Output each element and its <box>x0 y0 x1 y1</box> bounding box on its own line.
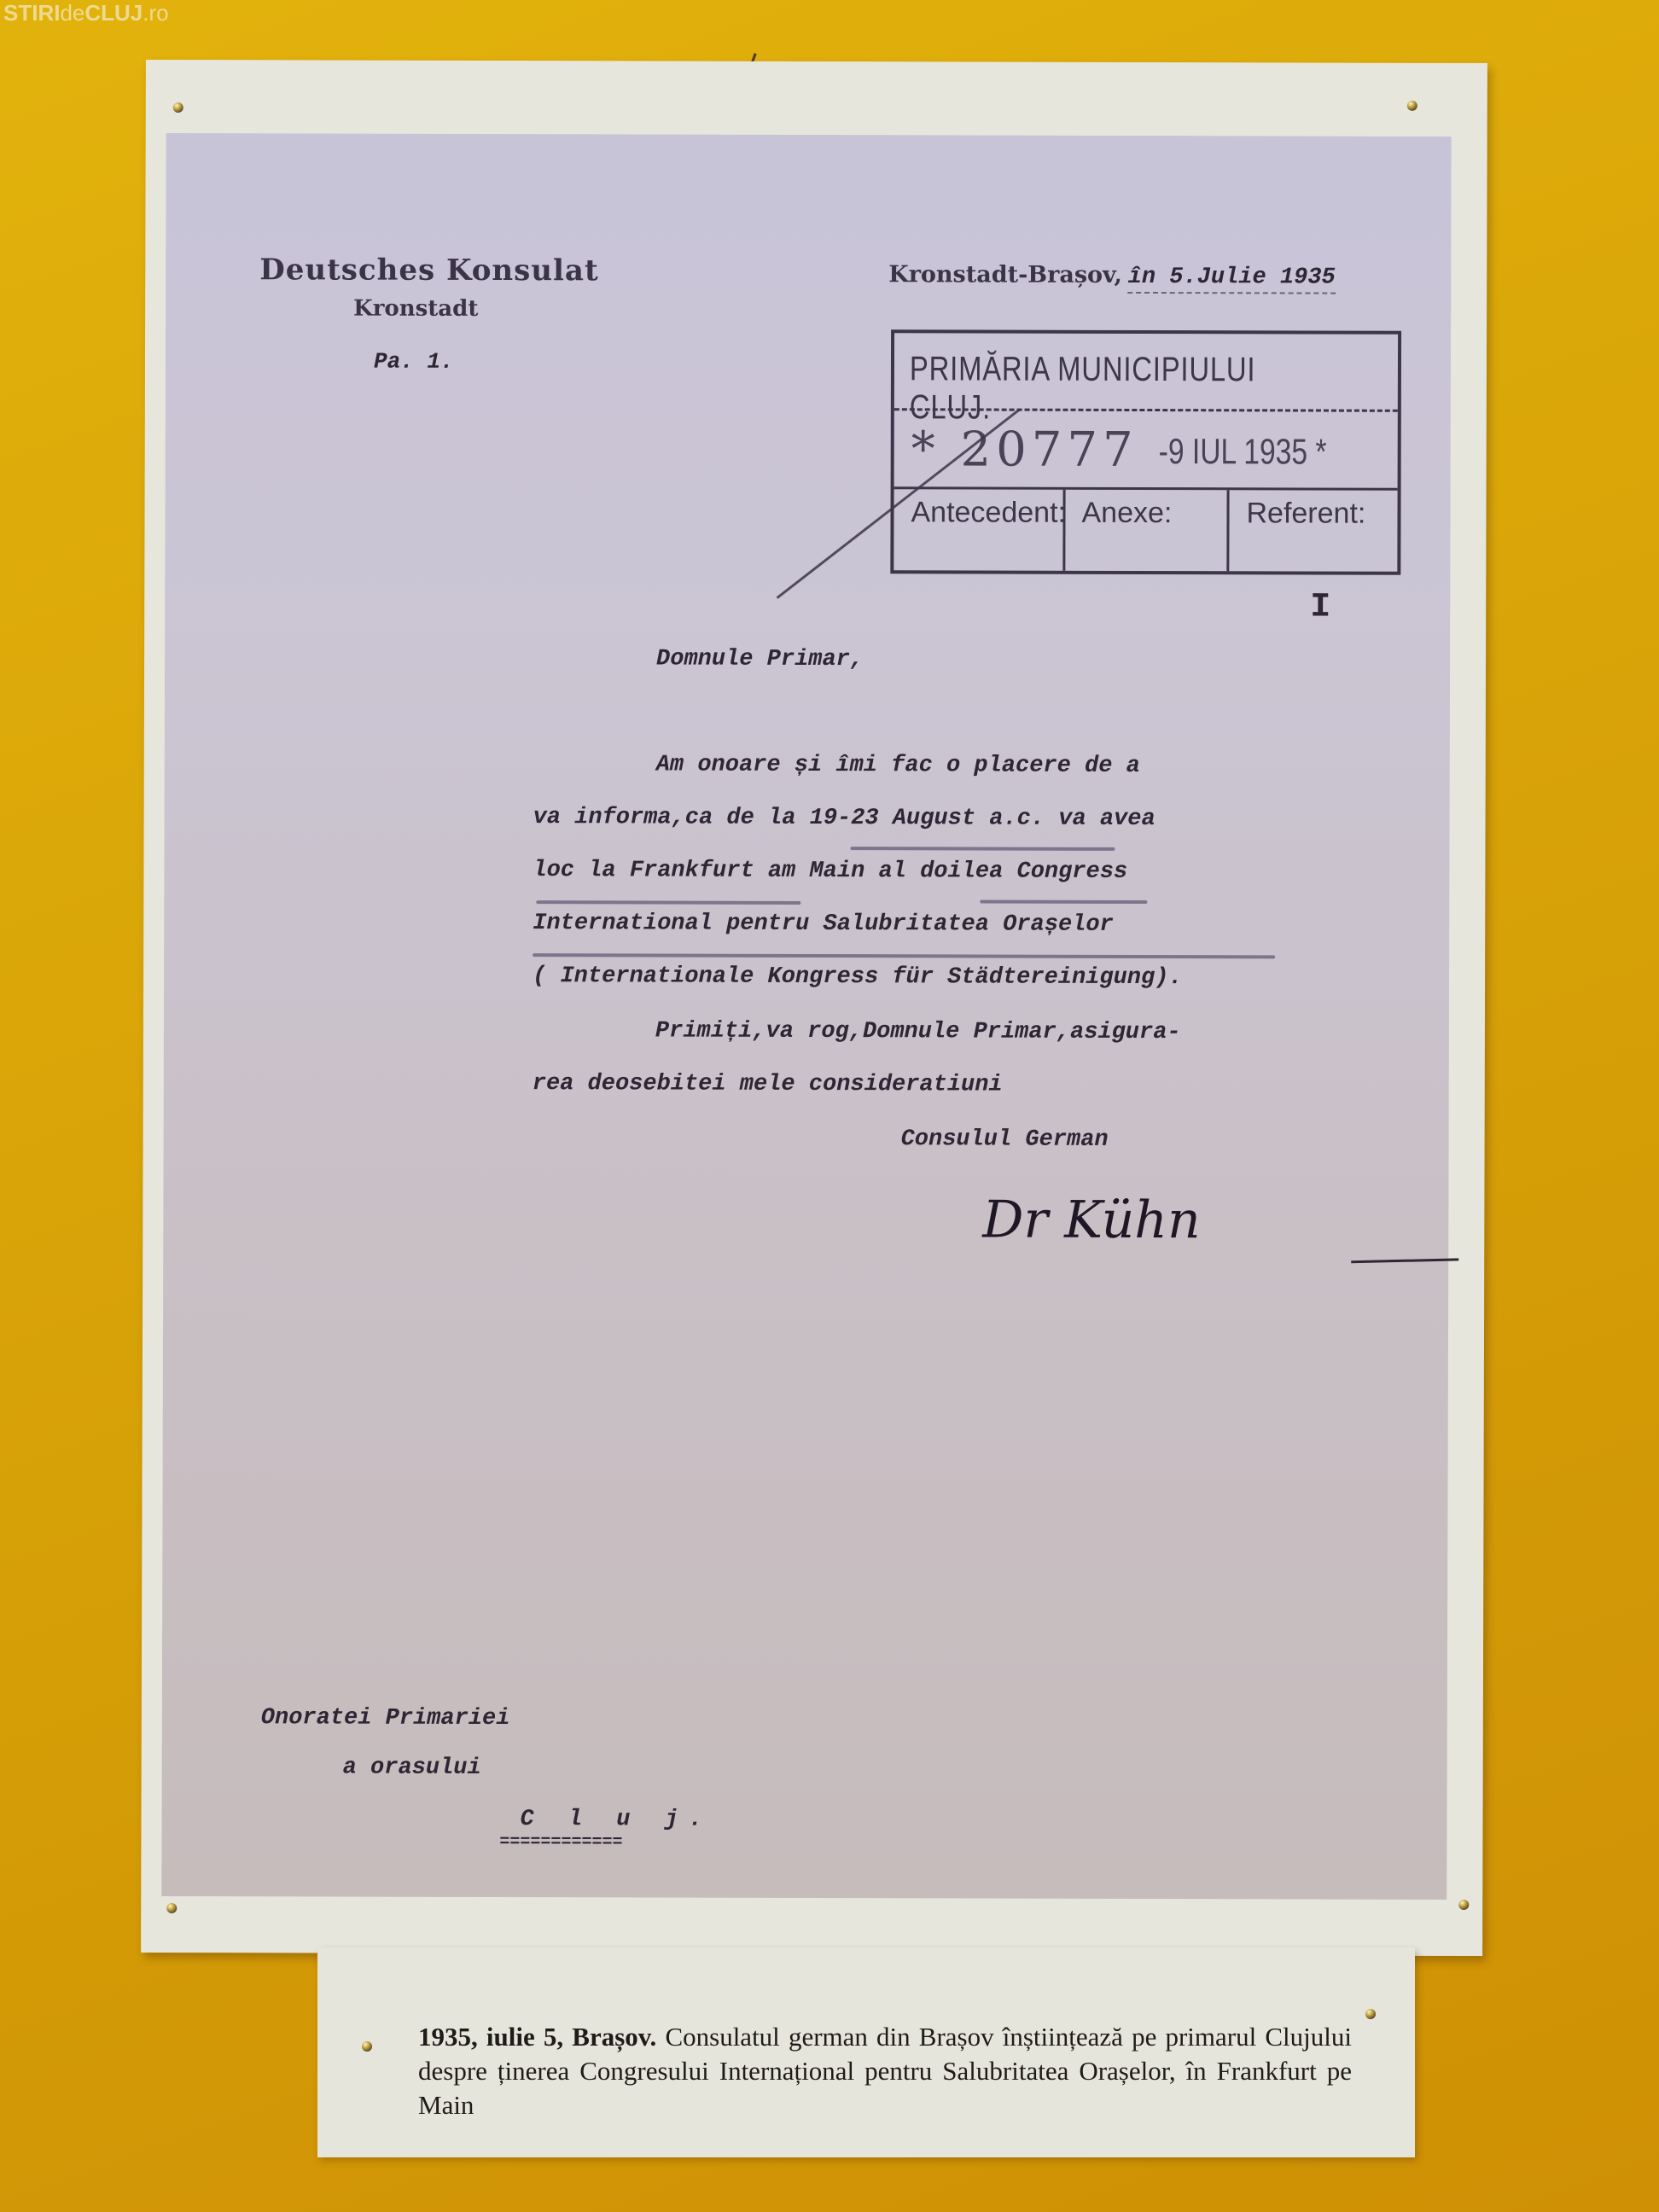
watermark-de: de <box>60 0 84 26</box>
pencil-underline <box>536 900 800 905</box>
caption-date-place: 1935, iulie 5, Brașov. <box>418 2022 656 2052</box>
body-line: International pentru Salubritatea Orașel… <box>533 911 1114 938</box>
stamp-field-referent: Referent: <box>1246 497 1365 530</box>
addressee-underline: ============ <box>499 1832 622 1852</box>
referent-mark: I <box>1310 589 1330 627</box>
stamp-field-antecedent: Antecedent: <box>911 496 1066 529</box>
body-line: ( Internationale Kongress für Städterein… <box>533 963 1183 991</box>
addressee-line: Onoratei Primariei <box>261 1705 510 1732</box>
letter-document: Deutsches Konsulat Kronstadt Pa. 1. Kron… <box>161 133 1451 1900</box>
salutation: Domnule Primar, <box>656 647 864 673</box>
body-line: Primiți,va rog,Domnule Primar,asigura- <box>655 1019 1181 1046</box>
addressee-line: a orasului <box>343 1755 481 1781</box>
pencil-underline <box>980 900 1147 905</box>
body-line: loc la Frankfurt am Main al doilea Congr… <box>533 858 1127 885</box>
body-line: Am onoare și îmi fac o placere de a <box>656 753 1140 779</box>
date: în 5.Julie 1935 <box>1128 265 1336 294</box>
site-watermark: STIRIdeCLUJ.ro <box>3 0 169 26</box>
pin-icon <box>362 2041 372 2052</box>
letter-reference: Pa. 1. <box>374 349 454 375</box>
margin-pen-line <box>1351 1258 1458 1263</box>
pin-icon <box>173 102 183 113</box>
watermark-ro: .ro <box>143 0 168 26</box>
body-line: rea deosebitei mele consideratiuni <box>533 1071 1003 1097</box>
pin-icon <box>1365 2009 1376 2019</box>
handwritten-signature: Dr Kühn <box>982 1190 1200 1251</box>
registration-stamp: PRIMĂRIA MUNICIPIULUI CLUJ. * 20777 -9 I… <box>890 329 1401 575</box>
stamp-registration-number: * 20777 <box>911 422 1138 478</box>
pencil-underline <box>533 953 1275 958</box>
watermark-cluj: CLUJ <box>84 0 143 26</box>
pin-icon <box>166 1903 177 1913</box>
body-line: va informa,ca de la 19-23 August a.c. va… <box>533 805 1155 832</box>
signature-title: Consulul German <box>901 1126 1109 1153</box>
pin-icon <box>1458 1900 1469 1910</box>
pencil-underline <box>850 847 1115 851</box>
letterhead-city: Kronstadt <box>353 296 478 322</box>
place: Kronstadt-Brașov, <box>888 261 1122 288</box>
document-mount-board: Deutsches Konsulat Kronstadt Pa. 1. Kron… <box>141 60 1487 1956</box>
caption-text: 1935, iulie 5, Brașov. Consulatul german… <box>418 2020 1352 2122</box>
exhibit-caption-card: 1935, iulie 5, Brașov. Consulatul german… <box>317 1947 1415 2157</box>
place-date: Kronstadt-Brașov, în 5.Julie 1935 <box>888 261 1336 290</box>
stamp-field-anexe: Anexe: <box>1081 497 1172 530</box>
stamp-received-date: -9 IUL 1935 * <box>1159 431 1327 473</box>
addressee-city: C l u j. <box>520 1807 713 1833</box>
letterhead-title: Deutsches Konsulat <box>259 253 599 288</box>
pin-icon <box>1407 101 1417 111</box>
watermark-stiri: STIRI <box>3 0 60 26</box>
